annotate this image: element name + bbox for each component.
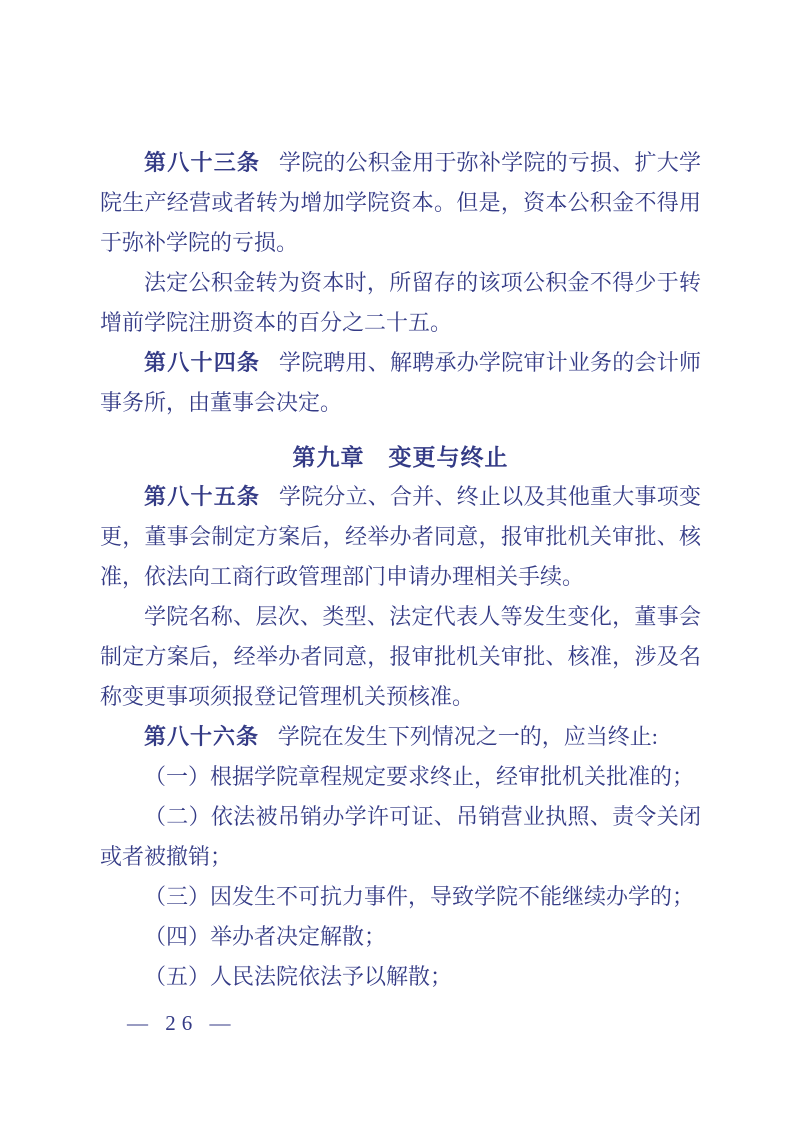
article-paragraph-85: 第八十五条学院分立、合并、终止以及其他重大事项变更，董事会制定方案后，经举办者同… — [100, 477, 701, 597]
list-item-text: （二）依法被吊销办学许可证、吊销营业执照、责令关闭或者被撤销； — [100, 804, 701, 869]
page-number: — 26 — — [127, 1008, 237, 1038]
article-paragraph-86: 第八十六条学院在发生下列情况之一的，应当终止: — [100, 717, 701, 757]
article-paragraph-83: 第八十三条学院的公积金用于弥补学院的亏损、扩大学院生产经营或者转为增加学院资本。… — [100, 143, 701, 263]
list-item-1: （一）根据学院章程规定要求终止，经审批机关批准的； — [100, 757, 701, 797]
list-item-3: （三）因发生不可抗力事件，导致学院不能继续办学的； — [100, 877, 701, 917]
list-item-2: （二）依法被吊销办学许可证、吊销营业执照、责令关闭或者被撤销； — [100, 797, 701, 877]
chapter-heading: 第九章 变更与终止 — [100, 437, 701, 477]
article-number-label: 第八十六条 — [144, 724, 259, 749]
list-item-text: （一）根据学院章程规定要求终止，经审批机关批准的； — [144, 764, 694, 789]
body-paragraph: 学院名称、层次、类型、法定代表人等发生变化，董事会制定方案后，经举办者同意，报审… — [100, 597, 701, 717]
list-item-text: （四）举办者决定解散； — [144, 924, 386, 949]
article-number-label: 第八十五条 — [144, 484, 260, 509]
list-item-text: （三）因发生不可抗力事件，导致学院不能继续办学的； — [144, 884, 694, 909]
list-item-5: （五）人民法院依法予以解散； — [100, 957, 701, 997]
article-number-label: 第八十四条 — [144, 350, 260, 375]
article-number-label: 第八十三条 — [144, 150, 260, 175]
document-page: 第八十三条学院的公积金用于弥补学院的亏损、扩大学院生产经营或者转为增加学院资本。… — [0, 0, 793, 1122]
article-text: 学院在发生下列情况之一的，应当终止: — [278, 724, 658, 749]
article-paragraph-84: 第八十四条学院聘用、解聘承办学院审计业务的会计师事务所，由董事会决定。 — [100, 343, 701, 423]
paragraph-text: 法定公积金转为资本时，所留存的该项公积金不得少于转增前学院注册资本的百分之二十五… — [100, 270, 701, 335]
paragraph-text: 学院名称、层次、类型、法定代表人等发生变化，董事会制定方案后，经举办者同意，报审… — [100, 604, 701, 709]
body-paragraph: 法定公积金转为资本时，所留存的该项公积金不得少于转增前学院注册资本的百分之二十五… — [100, 263, 701, 343]
list-item-4: （四）举办者决定解散； — [100, 917, 701, 957]
list-item-text: （五）人民法院依法予以解散； — [144, 964, 452, 989]
document-body: 第八十三条学院的公积金用于弥补学院的亏损、扩大学院生产经营或者转为增加学院资本。… — [100, 143, 701, 997]
